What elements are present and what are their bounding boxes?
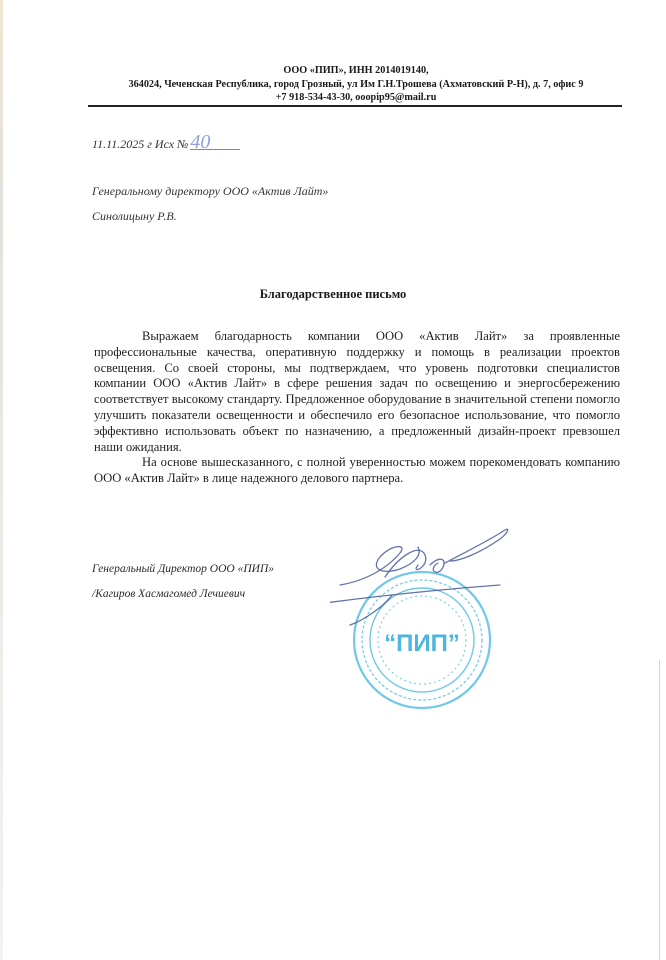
letterhead-company: ООО «ПИП», ИНН 2014019140,: [88, 64, 624, 78]
scan-edge-right: [659, 660, 660, 960]
letterhead-contacts: +7 918-534-43-30, ooopip95@mail.ru: [88, 91, 624, 105]
body-paragraph: На основе вышесказанного, с полной увере…: [94, 455, 620, 487]
scanned-letter-page: ООО «ПИП», ИНН 2014019140, 364024, Чечен…: [0, 0, 666, 960]
scan-edge-left: [0, 0, 3, 960]
stamp-seal-icon: “ПИП”: [330, 525, 530, 715]
body-paragraph: Выражаем благодарность компании ООО «Акт…: [94, 329, 620, 455]
letterhead-address: 364024, Чеченская Республика, город Гроз…: [88, 78, 624, 92]
letterhead: ООО «ПИП», ИНН 2014019140, 364024, Чечен…: [88, 64, 624, 105]
letterhead-divider: [88, 105, 622, 107]
date-reference-label: 11.11.2025 г Исх №: [92, 137, 188, 151]
signatory-position: Генеральный Директор ООО «ПИП»: [92, 563, 274, 575]
svg-text:“ПИП”: “ПИП”: [384, 630, 460, 657]
addressee-name: Синолицыну Р.В.: [92, 209, 177, 224]
company-stamp-and-signature: “ПИП”: [330, 525, 530, 720]
letter-title: Благодарственное письмо: [0, 287, 666, 302]
signatory-name: /Кагиров Хасмагомед Лечиевич: [92, 588, 245, 600]
date-and-reference: 11.11.2025 г Исх №40: [92, 135, 240, 152]
letter-body: Выражаем благодарность компании ООО «Акт…: [94, 329, 620, 487]
addressee-position: Генеральному директору ООО «Актив Лайт»: [92, 184, 328, 199]
outgoing-number-handwritten: 40: [190, 135, 240, 150]
